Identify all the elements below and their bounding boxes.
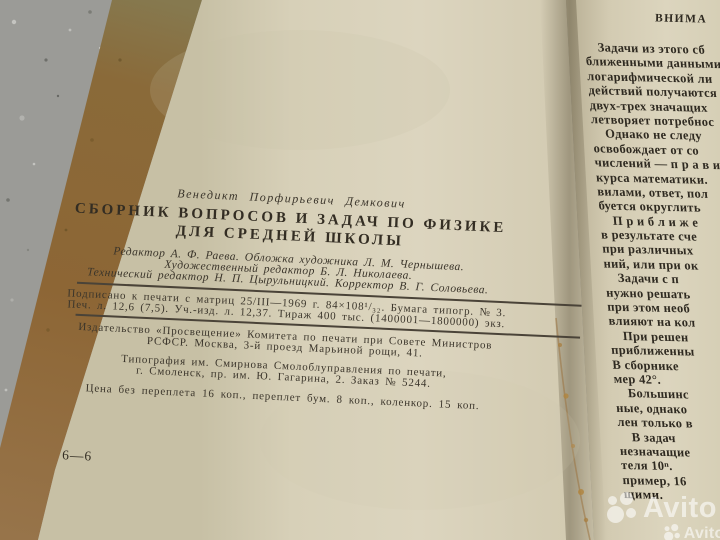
right-page-heading-fragment: ВНИМА — [655, 12, 707, 25]
avito-logo-circle — [620, 492, 633, 505]
watermark-brand-text: Avito — [643, 494, 717, 523]
book-photo: Венедикт Порфирьевич Демкович СБОРНИК ВО… — [0, 0, 720, 540]
avito-logo-circle — [665, 526, 670, 531]
watermark-brand-text: Avito — [684, 525, 720, 540]
avito-logo-icon — [664, 524, 681, 540]
avito-logo-circle — [671, 524, 678, 531]
avito-logo-circle — [664, 532, 673, 540]
avito-logo-icon — [607, 492, 638, 524]
watermark-avito-large: Avito — [607, 492, 717, 524]
avito-logo-circle — [608, 496, 617, 505]
avito-logo-circle — [607, 506, 624, 523]
avito-logo-circle — [626, 508, 636, 518]
avito-logo-circle — [674, 533, 680, 539]
watermark-avito-small: Avito — [664, 524, 720, 540]
edition-code: 6—6 — [62, 447, 93, 464]
